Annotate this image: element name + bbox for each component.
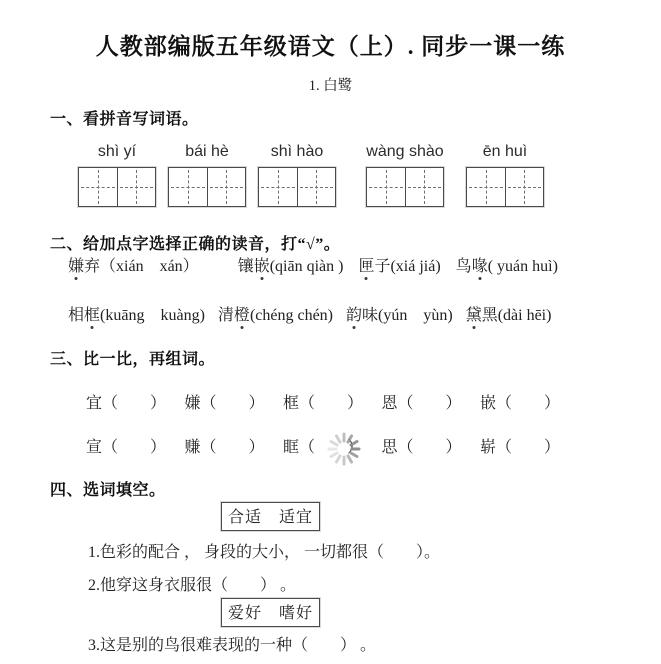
compare-pair: 思（ ） bbox=[381, 434, 461, 457]
pinyin-label: bái hè bbox=[168, 140, 246, 164]
word-choice-box: 合适 适宜 bbox=[221, 502, 320, 531]
writing-grid bbox=[78, 167, 156, 207]
compare-pair: 恩（ ） bbox=[381, 390, 461, 413]
dotted-char: 匣 bbox=[358, 258, 374, 275]
pronunciation-item: 相框(kuāng kuàng) bbox=[68, 302, 205, 325]
compare-pair: 框（ ） bbox=[283, 390, 363, 413]
answer-blank: （ ） bbox=[397, 395, 461, 412]
pinyin-grid-column: ēn huì bbox=[466, 140, 544, 207]
dotted-char: 黛 bbox=[466, 307, 482, 324]
pronunciation-item: 嫌弃（xián xán） bbox=[68, 253, 199, 276]
worksheet-page: 人教部编版五年级语文（上）. 同步一课一练 1. 白鹭 一、看拼音写词语。 sh… bbox=[0, 0, 661, 664]
answer-blank: （ ） bbox=[102, 395, 166, 412]
answer-blank: （ ） bbox=[201, 439, 265, 456]
pronunciation-item: 镶嵌(qiān qiàn ) bbox=[238, 253, 344, 276]
section2-heading: 二、给加点字选择正确的读音，打“√”。 bbox=[50, 231, 340, 254]
answer-blank: （ ） bbox=[299, 395, 363, 412]
pinyin-label: ēn huì bbox=[466, 140, 544, 164]
writing-grid bbox=[168, 167, 246, 207]
compare-pair: 赚（ ） bbox=[184, 434, 264, 457]
compare-pair: 嫌（ ） bbox=[184, 390, 264, 413]
fill-blank-sentence: 3.这是别的鸟很难表现的一种（ ） 。 bbox=[88, 632, 376, 655]
pinyin-grid-column: shì hào bbox=[258, 140, 336, 207]
word-choice-box: 爱好 嗜好 bbox=[221, 598, 320, 627]
compare-pair: 宣（ ） bbox=[86, 434, 166, 457]
word-compare-row: 宣（ ） 赚（ ） 眶（ ） 思（ ） 崭（ ） bbox=[86, 434, 560, 457]
writing-grid bbox=[366, 167, 444, 207]
section4-heading: 四、选词填空。 bbox=[50, 477, 166, 500]
dotted-char: 嵌 bbox=[254, 258, 270, 275]
dotted-char: 喙 bbox=[472, 258, 488, 275]
fill-blank-sentence: 2.他穿这身衣服很（ ） 。 bbox=[88, 572, 296, 595]
lesson-subtitle: 1. 白鹭 bbox=[0, 74, 661, 95]
word-compare-row: 宜（ ） 嫌（ ） 框（ ） 恩（ ） 嵌（ ） bbox=[86, 390, 560, 413]
section1-heading: 一、看拼音写词语。 bbox=[50, 106, 199, 129]
pronunciation-row: 嫌弃（xián xán） 镶嵌(qiān qiàn ) 匣子(xiá jiá) … bbox=[68, 253, 558, 276]
pinyin-grid-column: wàng shào bbox=[366, 140, 444, 207]
pronunciation-item: 鸟喙( yuán huì) bbox=[456, 253, 558, 276]
pinyin-label: shì yí bbox=[78, 140, 156, 164]
answer-blank: （ ） bbox=[201, 395, 265, 412]
pronunciation-item: 清橙(chéng chén) bbox=[218, 302, 333, 325]
dotted-char: 嫌 bbox=[68, 258, 84, 275]
writing-grid bbox=[466, 167, 544, 207]
pinyin-label: wàng shào bbox=[366, 140, 444, 164]
fill-blank-sentence: 1.色彩的配合 ， 身段的大小， 一切都很（ ）。 bbox=[88, 539, 440, 562]
compare-pair: 宜（ ） bbox=[86, 390, 166, 413]
pinyin-grid-column: bái hè bbox=[168, 140, 246, 207]
pronunciation-item: 韵味(yún yùn) bbox=[346, 302, 453, 325]
dotted-char: 橙 bbox=[234, 307, 250, 324]
pronunciation-item: 匣子(xiá jiá) bbox=[358, 253, 440, 276]
section3-heading: 三、比一比，再组词。 bbox=[50, 346, 215, 369]
pronunciation-row: 相框(kuāng kuàng) 清橙(chéng chén) 韵味(yún yù… bbox=[68, 302, 551, 325]
answer-blank: （ ） bbox=[496, 439, 560, 456]
pinyin-grid-column: shì yí bbox=[78, 140, 156, 207]
writing-grid bbox=[258, 167, 336, 207]
pronunciation-item: 黛黑(dài hēi) bbox=[466, 302, 552, 325]
answer-blank: （ ） bbox=[496, 395, 560, 412]
dotted-char: 框 bbox=[84, 307, 100, 324]
compare-pair: 嵌（ ） bbox=[480, 390, 560, 413]
compare-pair: 崭（ ） bbox=[480, 434, 560, 457]
pinyin-label: shì hào bbox=[258, 140, 336, 164]
dotted-char: 韵 bbox=[346, 307, 362, 324]
page-title: 人教部编版五年级语文（上）. 同步一课一练 bbox=[0, 28, 661, 61]
answer-blank: （ ） bbox=[102, 439, 166, 456]
answer-blank: （ ） bbox=[397, 439, 461, 456]
loading-spinner-icon bbox=[325, 430, 363, 468]
